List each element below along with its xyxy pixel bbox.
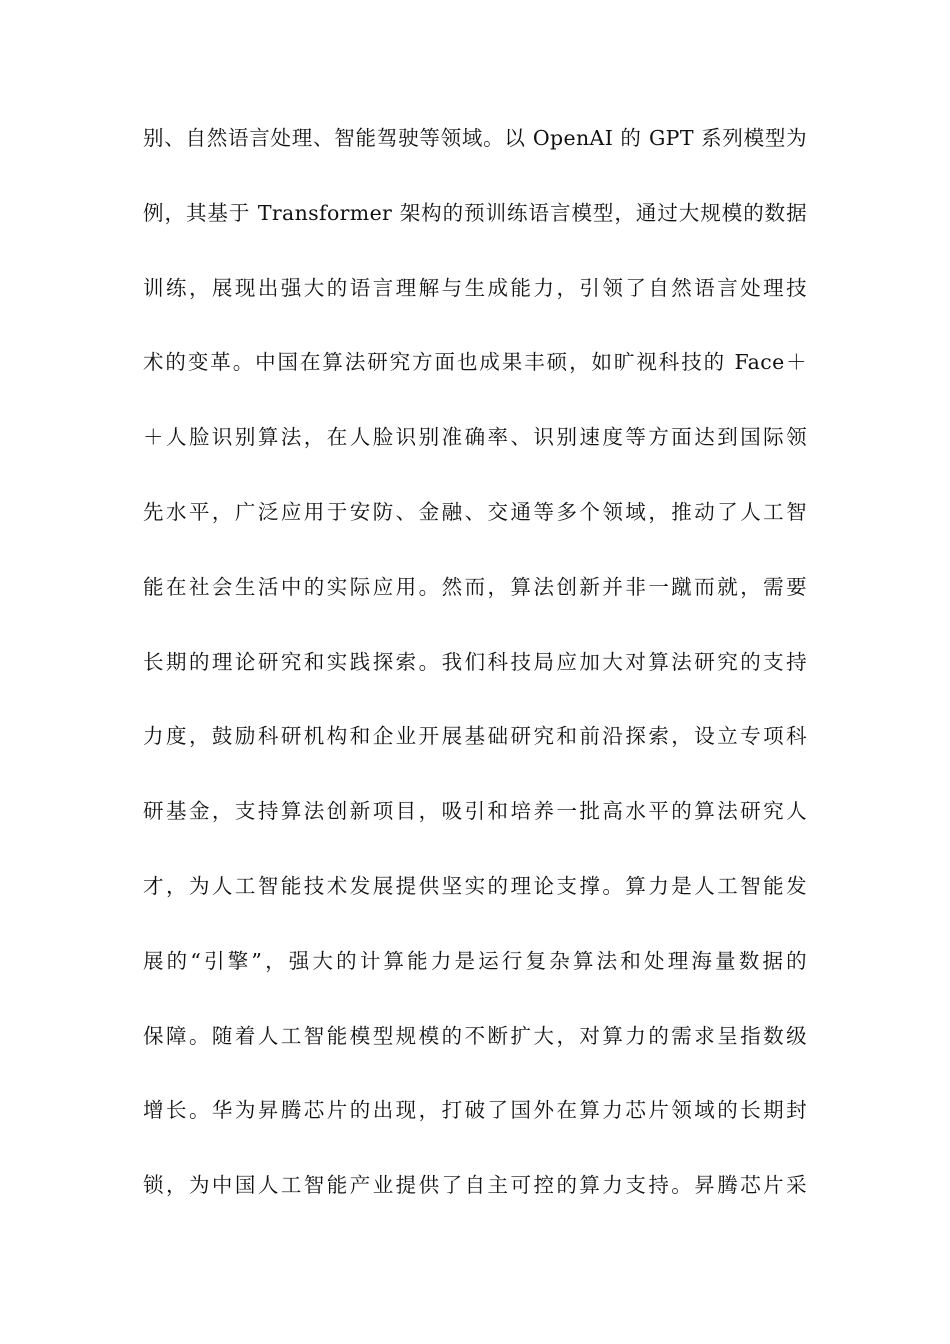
text-line: 术的变革。中国在算法研究方面也成果丰硕，如旷视科技的 Face＋	[143, 342, 807, 417]
text-line: 训练，展现出强大的语言理解与生成能力，引领了自然语言处理技	[143, 268, 807, 343]
text-line: 研基金，支持算法创新项目，吸引和培养一批高水平的算法研究人	[143, 791, 807, 866]
text-line: 保障。随着人工智能模型规模的不断扩大，对算力的需求呈指数级	[143, 1016, 807, 1091]
text-line: 增长。华为昇腾芯片的出现，打破了国外在算力芯片领域的长期封	[143, 1090, 807, 1165]
text-line: 才，为人工智能技术发展提供坚实的理论支撑。算力是人工智能发	[143, 866, 807, 941]
text-line: 先水平，广泛应用于安防、金融、交通等多个领域，推动了人工智	[143, 492, 807, 567]
text-line: 展的“引擎”，强大的计算能力是运行复杂算法和处理海量数据的	[143, 941, 807, 1016]
document-page: 别、自然语言处理、智能驾驶等领域。以 OpenAI 的 GPT 系列模型为 例，…	[0, 0, 950, 1344]
body-paragraph: 别、自然语言处理、智能驾驶等领域。以 OpenAI 的 GPT 系列模型为 例，…	[143, 118, 807, 1240]
text-line: 力度，鼓励科研机构和企业开展基础研究和前沿探索，设立专项科	[143, 716, 807, 791]
text-line: ＋人脸识别算法，在人脸识别准确率、识别速度等方面达到国际领	[143, 417, 807, 492]
text-line: 能在社会生活中的实际应用。然而，算法创新并非一蹴而就，需要	[143, 567, 807, 642]
text-line: 别、自然语言处理、智能驾驶等领域。以 OpenAI 的 GPT 系列模型为	[143, 118, 807, 193]
text-line: 长期的理论研究和实践探索。我们科技局应加大对算法研究的支持	[143, 642, 807, 717]
text-line: 例，其基于 Transformer 架构的预训练语言模型，通过大规模的数据	[143, 193, 807, 268]
text-line: 锁，为中国人工智能产业提供了自主可控的算力支持。昇腾芯片采	[143, 1165, 807, 1240]
